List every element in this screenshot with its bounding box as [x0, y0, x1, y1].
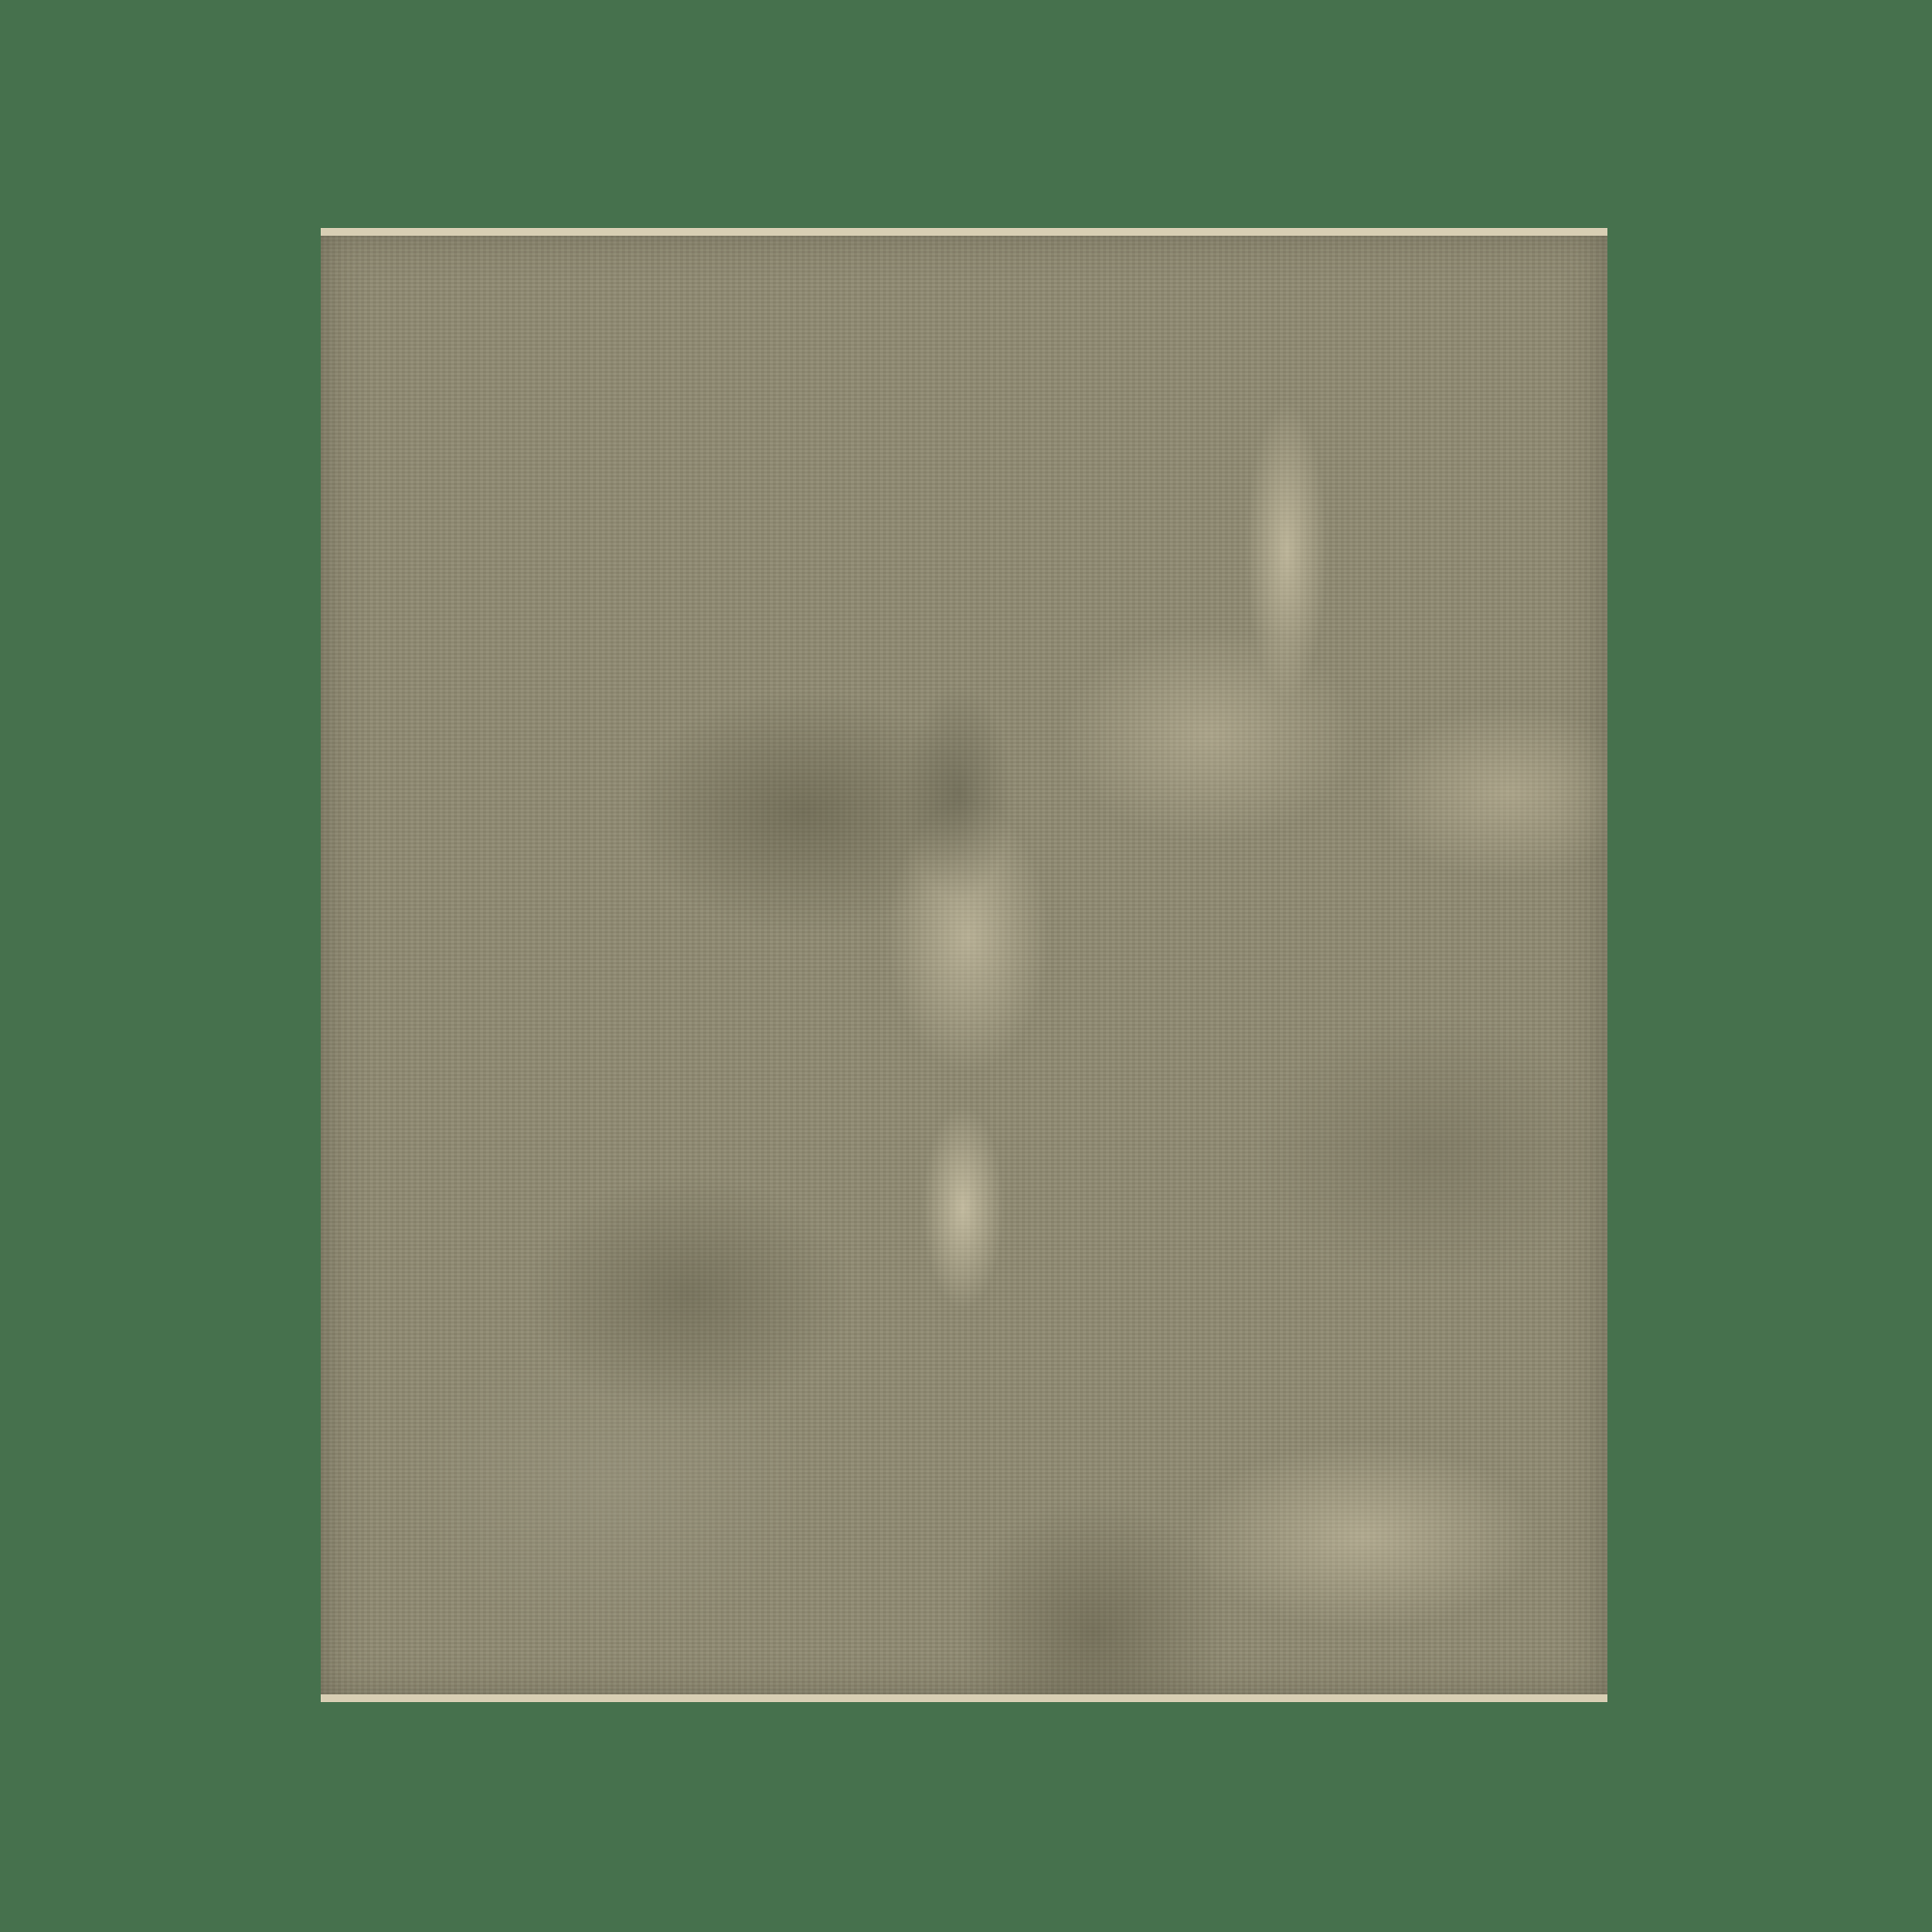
rug-image [321, 232, 1607, 1698]
rug-bottom-edge [321, 1694, 1607, 1702]
rug-top-edge [321, 228, 1607, 236]
